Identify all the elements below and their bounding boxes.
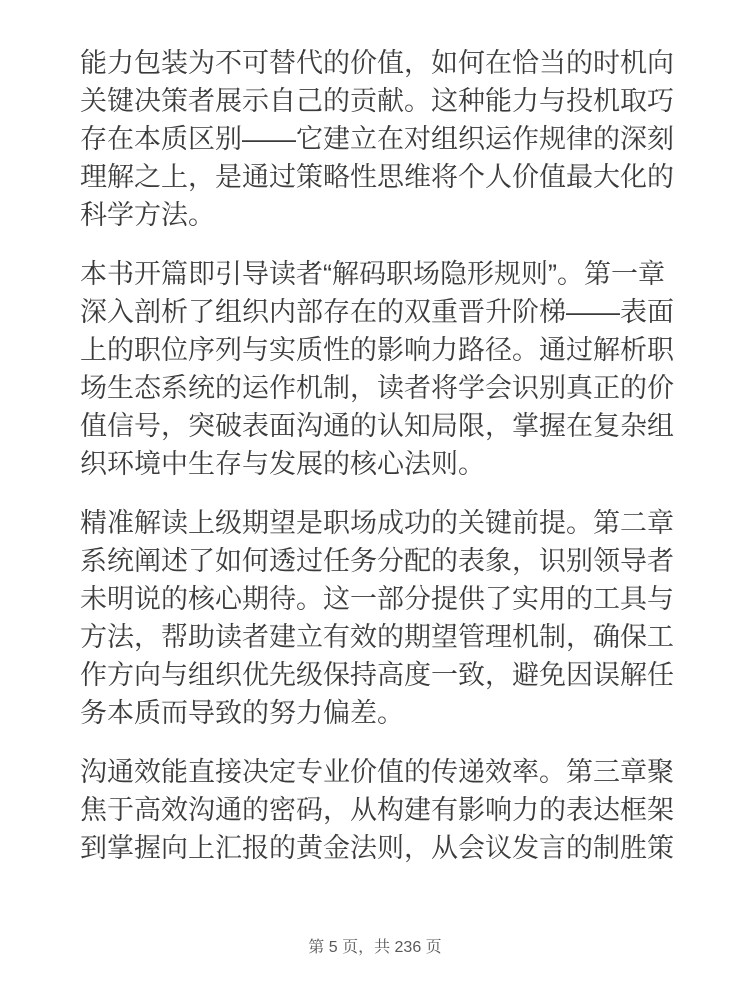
paragraph: 沟通效能直接决定专业价值的传递效率。第三章聚焦于高效沟通的密码，从构建有影响力的… (80, 753, 674, 867)
page-content: 能力包装为不可替代的价值，如何在恰当的时机向关键决策者展示自己的贡献。这种能力与… (80, 44, 674, 888)
paragraph: 本书开篇即引导读者“解码职场隐形规则”。第一章深入剖析了组织内部存在的双重晋升阶… (80, 255, 674, 483)
ebook-page: { "page": { "paragraphs": [ "能力包装为不可替代的价… (0, 0, 750, 1000)
page-indicator: 第 5 页，共 236 页 (0, 938, 750, 958)
paragraph: 能力包装为不可替代的价值，如何在恰当的时机向关键决策者展示自己的贡献。这种能力与… (80, 44, 674, 234)
paragraph: 精准解读上级期望是职场成功的关键前提。第二章系统阐述了如何透过任务分配的表象，识… (80, 504, 674, 732)
